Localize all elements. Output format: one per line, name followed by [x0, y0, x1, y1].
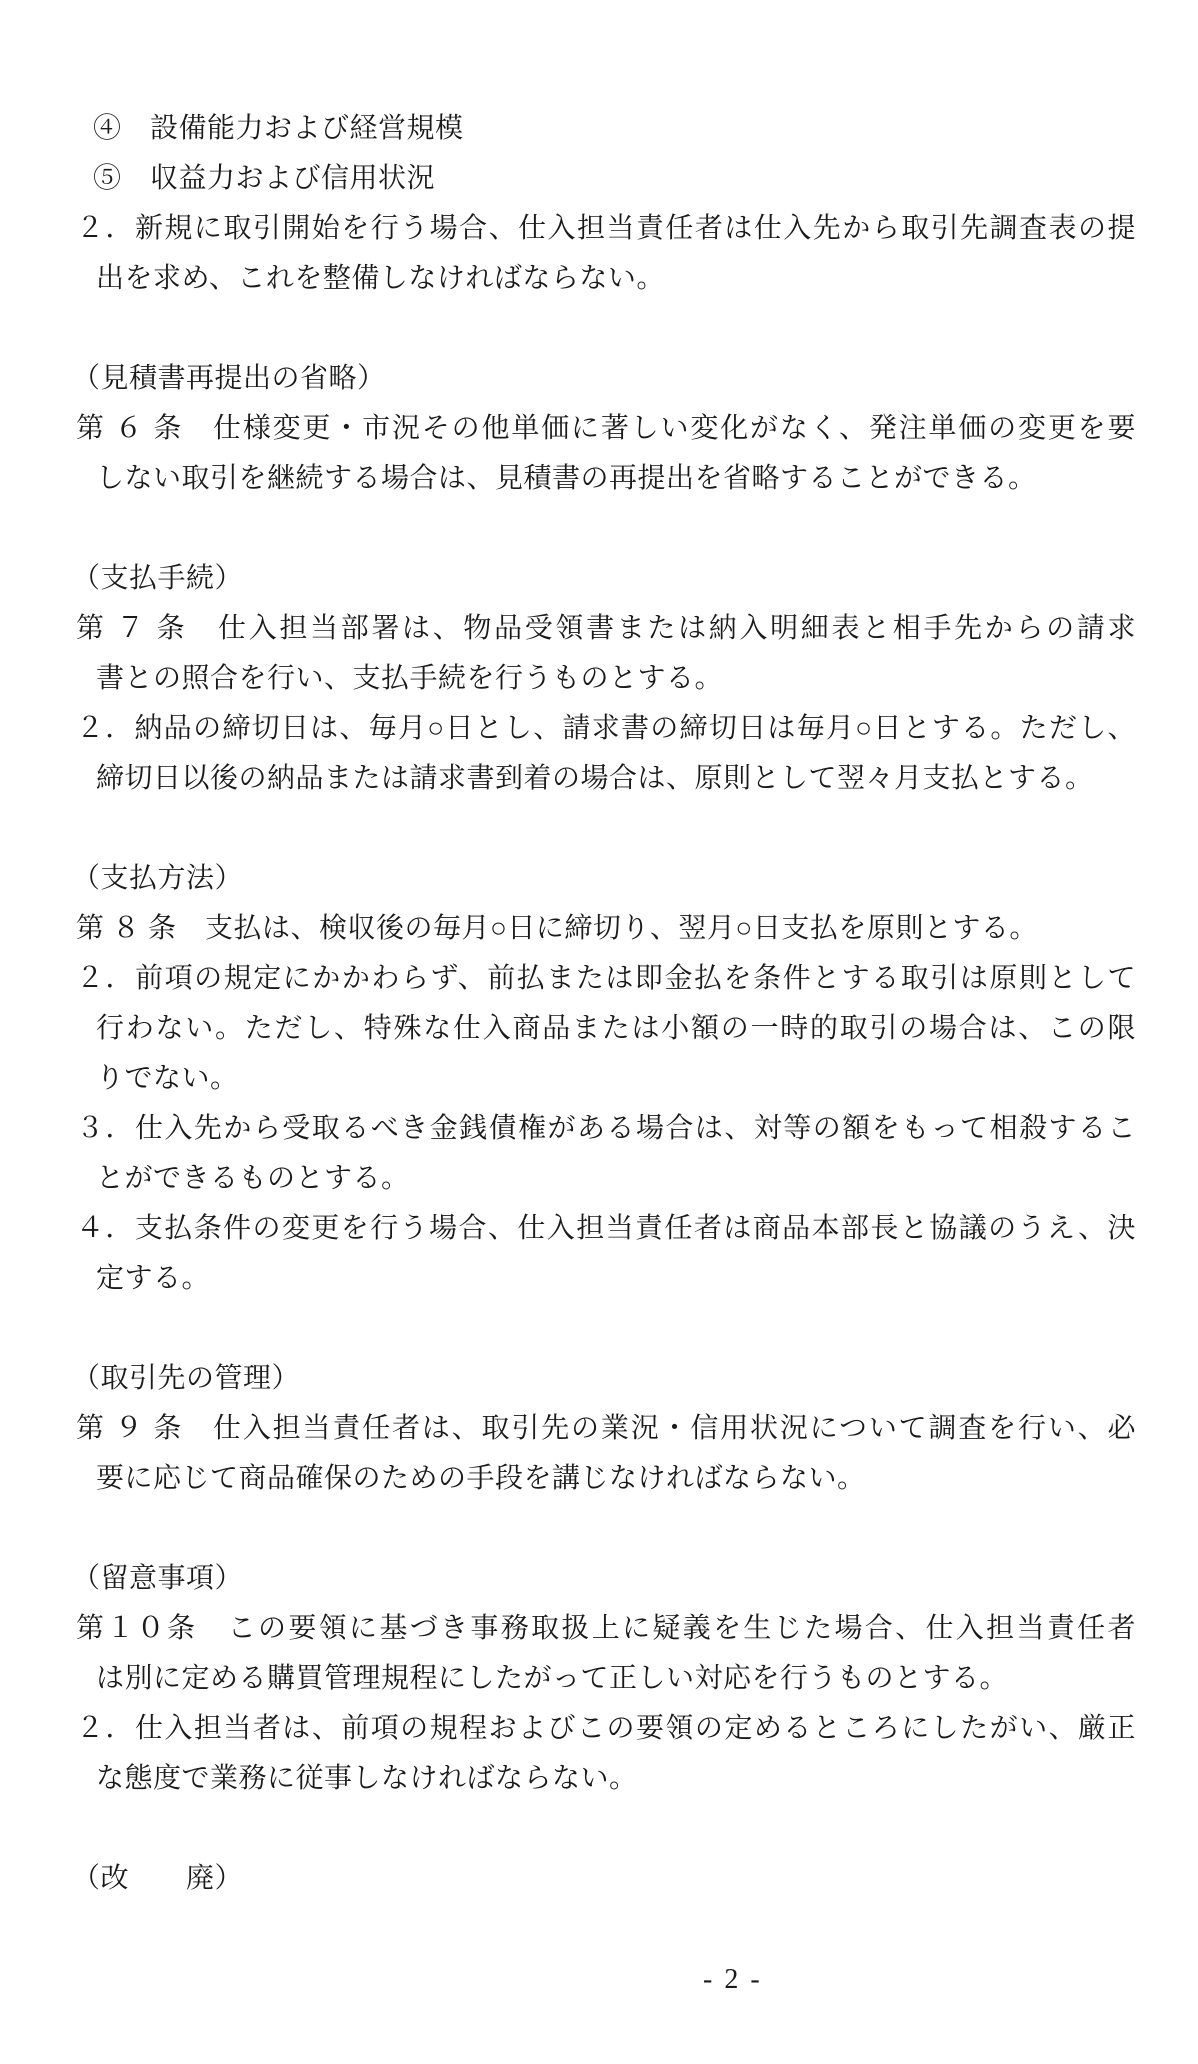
document-line: は別に定める購買管理規程にしたがって正しい対応を行うものとする。	[0, 1654, 1198, 1704]
document-line: 第 ９ 条 仕入担当責任者は、取引先の業況・信用状況について調査を行い、必	[0, 1404, 1198, 1454]
document-page: ④ 設備能力および経営規模⑤ 収益力および信用状況２．新規に取引開始を行う場合、…	[0, 0, 1198, 2064]
document-line: 第 ６ 条 仕様変更・市況その他単価に著しい変化がなく、発注単価の変更を要	[0, 404, 1198, 454]
blank-line	[0, 804, 1198, 854]
blank-line	[0, 1304, 1198, 1354]
blank-line	[0, 1504, 1198, 1554]
document-line: ２．納品の締切日は、毎月○日とし、請求書の締切日は毎月○日とする。ただし、	[0, 704, 1198, 754]
document-line: ３．仕入先から受取るべき金銭債権がある場合は、対等の額をもって相殺するこ	[0, 1104, 1198, 1154]
document-line: 第 ７ 条 仕入担当部署は、物品受領書または納入明細表と相手先からの請求	[0, 604, 1198, 654]
document-line: 締切日以後の納品または請求書到着の場合は、原則として翌々月支払とする。	[0, 754, 1198, 804]
page-number: - 2 -	[703, 1960, 760, 2000]
document-line: （取引先の管理）	[0, 1354, 1198, 1404]
blank-line	[0, 304, 1198, 354]
document-line: ④ 設備能力および経営規模	[0, 104, 1198, 154]
document-line: （支払方法）	[0, 854, 1198, 904]
document-line: 書との照合を行い、支払手続を行うものとする。	[0, 654, 1198, 704]
document-line: ２．前項の規定にかかわらず、前払または即金払を条件とする取引は原則として	[0, 954, 1198, 1004]
document-line: 出を求め、これを整備しなければならない。	[0, 254, 1198, 304]
document-line: りでない。	[0, 1054, 1198, 1104]
document-line: な態度で業務に従事しなければならない。	[0, 1754, 1198, 1804]
document-line: （留意事項）	[0, 1554, 1198, 1604]
document-line: 第 ８ 条 支払は、検収後の毎月○日に締切り、翌月○日支払を原則とする。	[0, 904, 1198, 954]
document-line: ⑤ 収益力および信用状況	[0, 154, 1198, 204]
document-line: ４．支払条件の変更を行う場合、仕入担当責任者は商品本部長と協議のうえ、決	[0, 1204, 1198, 1254]
blank-line	[0, 1804, 1198, 1854]
document-line: （改 廃）	[0, 1854, 1198, 1904]
document-line: （支払手続）	[0, 554, 1198, 604]
document-line: とができるものとする。	[0, 1154, 1198, 1204]
document-line: 要に応じて商品確保のための手段を講じなければならない。	[0, 1454, 1198, 1504]
document-line: 第１０条 この要領に基づき事務取扱上に疑義を生じた場合、仕入担当責任者	[0, 1604, 1198, 1654]
document-line: 定する。	[0, 1254, 1198, 1304]
blank-line	[0, 504, 1198, 554]
document-line: ２．新規に取引開始を行う場合、仕入担当責任者は仕入先から取引先調査表の提	[0, 204, 1198, 254]
document-body: ④ 設備能力および経営規模⑤ 収益力および信用状況２．新規に取引開始を行う場合、…	[0, 104, 1198, 1904]
document-line: 行わない。ただし、特殊な仕入商品または小額の一時的取引の場合は、この限	[0, 1004, 1198, 1054]
document-line: しない取引を継続する場合は、見積書の再提出を省略することができる。	[0, 454, 1198, 504]
document-line: （見積書再提出の省略）	[0, 354, 1198, 404]
document-line: ２．仕入担当者は、前項の規程およびこの要領の定めるところにしたがい、厳正	[0, 1704, 1198, 1754]
